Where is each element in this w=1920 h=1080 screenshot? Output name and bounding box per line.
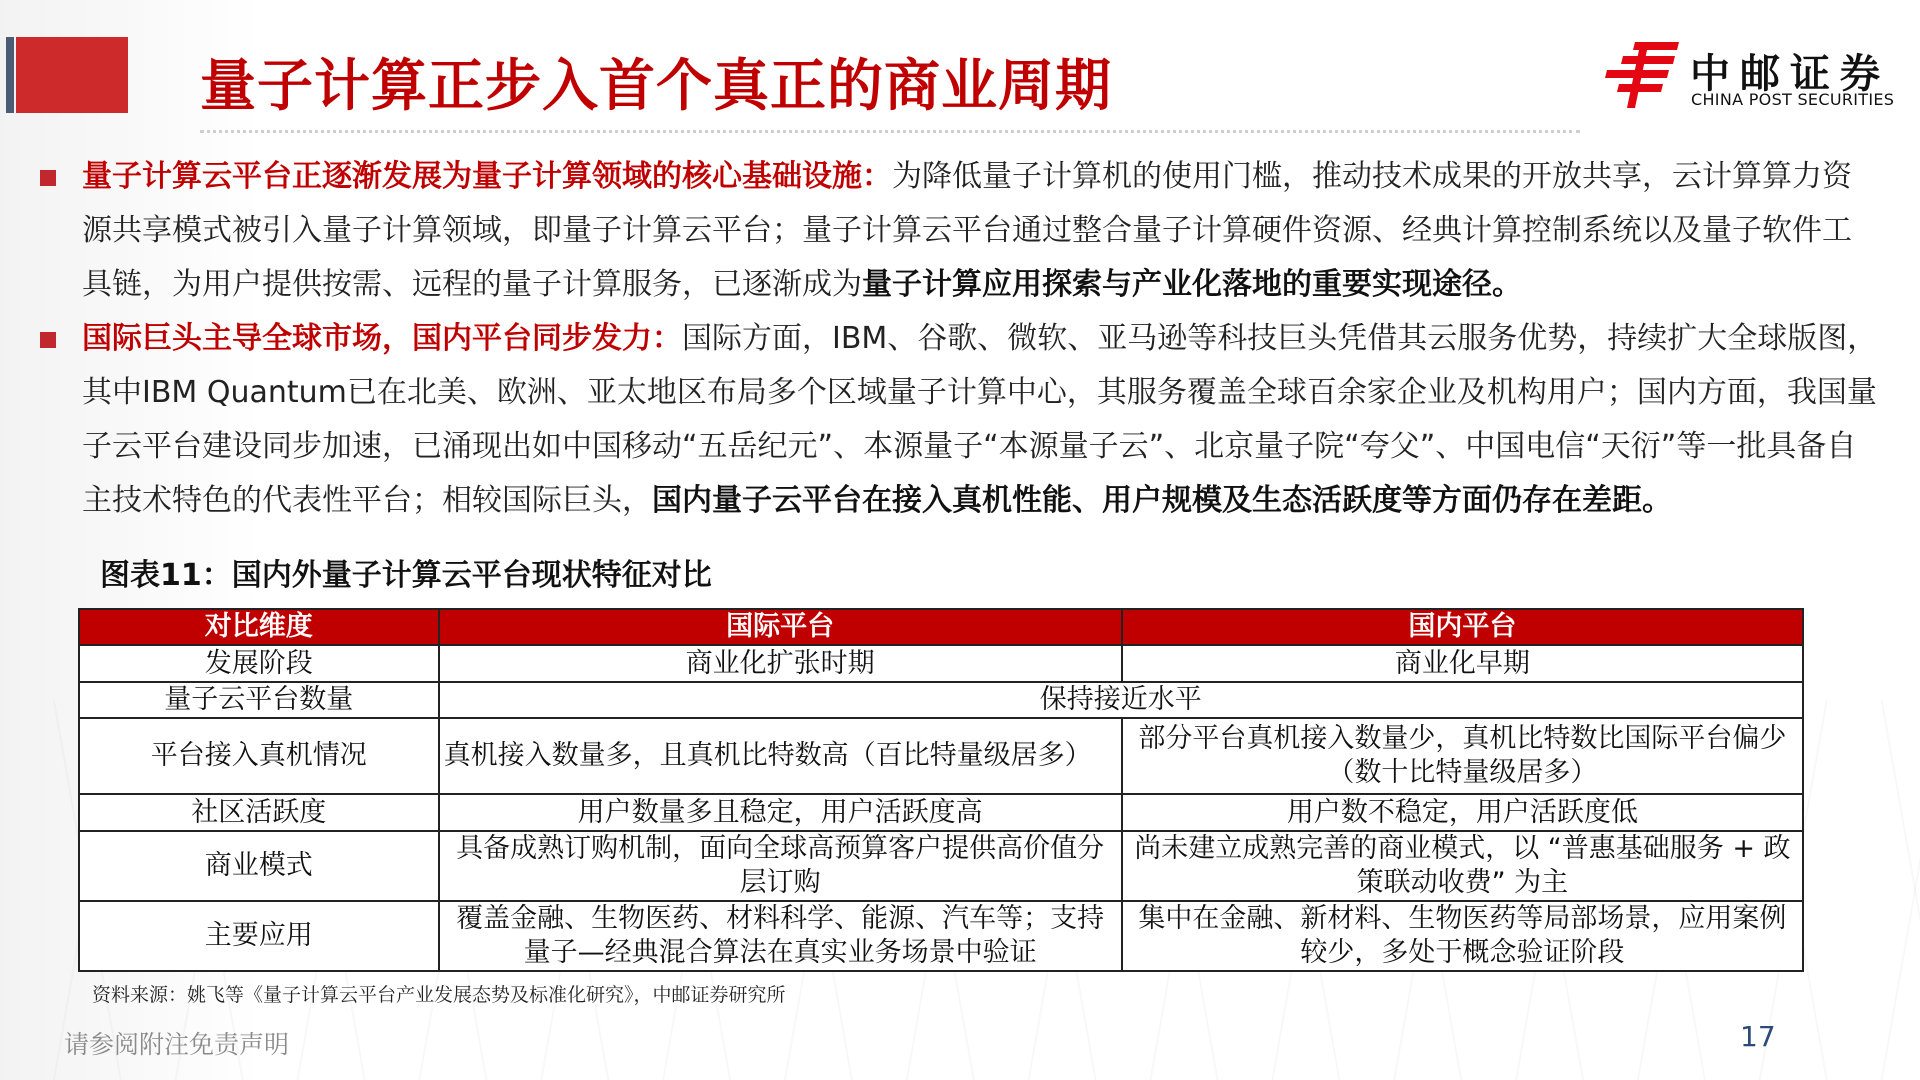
china-post-logo-icon (1605, 40, 1679, 110)
cell-domestic: 商业化早期 (1122, 645, 1803, 682)
table-row: 社区活跃度 用户数量多且稳定，用户活跃度高 用户数不稳定，用户活跃度低 (79, 794, 1803, 831)
table-row: 发展阶段 商业化扩张时期 商业化早期 (79, 645, 1803, 682)
cell-dimension: 社区活跃度 (79, 794, 439, 831)
company-logo: 中邮证券 CHINA POST SECURITIES (1605, 40, 1900, 110)
page-number: 17 (1740, 1020, 1776, 1053)
table-row: 平台接入真机情况 真机接入数量多，且真机比特数高（百比特量级居多） 部分平台真机… (79, 718, 1803, 794)
cell-dimension: 平台接入真机情况 (79, 718, 439, 794)
bullet-emphasis: 国内量子云平台在接入真机性能、用户规模及生态活跃度等方面仍存在差距。 (652, 483, 1672, 518)
cell-domestic: 集中在金融、新材料、生物医药等局部场景，应用案例较少，多处于概念验证阶段 (1122, 901, 1803, 971)
table-row: 主要应用 覆盖金融、生物医药、材料科学、能源、汽车等；支持量子—经典混合算法在真… (79, 901, 1803, 971)
bullet-emphasis: 量子计算应用探索与产业化落地的重要实现途径。 (862, 267, 1522, 302)
cell-international: 覆盖金融、生物医药、材料科学、能源、汽车等；支持量子—经典混合算法在真实业务场景… (439, 901, 1122, 971)
bullet-list: 量子计算云平台正逐渐发展为量子计算领域的核心基础设施：为降低量子计算机的使用门槛… (40, 150, 1880, 528)
table-row: 商业模式 具备成熟订购机制，面向全球高预算客户提供高价值分层订购 尚未建立成熟完… (79, 831, 1803, 901)
disclaimer-text: 请参阅附注免责声明 (64, 1025, 289, 1061)
column-header-international: 国际平台 (439, 609, 1122, 645)
table-row: 量子云平台数量 保持接近水平 (79, 682, 1803, 718)
cell-domestic: 用户数不稳定，用户活跃度低 (1122, 794, 1803, 831)
title-divider (200, 130, 1580, 133)
square-bullet-icon (40, 170, 56, 186)
source-note: 资料来源：姚飞等《量子计算云平台产业发展态势及标准化研究》，中邮证券研究所 (92, 980, 786, 1007)
cell-dimension: 商业模式 (79, 831, 439, 901)
comparison-table: 对比维度 国际平台 国内平台 发展阶段 商业化扩张时期 商业化早期 量子云平台数… (78, 608, 1804, 972)
bullet-item: 国际巨头主导全球市场，国内平台同步发力：国际方面，IBM、谷歌、微软、亚马逊等科… (40, 312, 1880, 528)
bullet-item: 量子计算云平台正逐渐发展为量子计算领域的核心基础设施：为降低量子计算机的使用门槛… (40, 150, 1880, 312)
title-decoration-blue-bar (6, 37, 14, 113)
table-header-row: 对比维度 国际平台 国内平台 (79, 609, 1803, 645)
title-decoration-red-block (16, 37, 128, 113)
cell-domestic: 部分平台真机接入数量少，真机比特数比国际平台偏少（数十比特量级居多） (1122, 718, 1803, 794)
cell-dimension: 量子云平台数量 (79, 682, 439, 718)
cell-domestic: 尚未建立成熟完善的商业模式，以 “普惠基础服务 + 政策联动收费” 为主 (1122, 831, 1803, 901)
page-title: 量子计算正步入首个真正的商业周期 (200, 52, 1112, 122)
cell-dimension: 主要应用 (79, 901, 439, 971)
cell-merged: 保持接近水平 (439, 682, 1803, 718)
cell-international: 商业化扩张时期 (439, 645, 1122, 682)
logo-english-name: CHINA POST SECURITIES (1691, 90, 1894, 109)
square-bullet-icon (40, 332, 56, 348)
cell-dimension: 发展阶段 (79, 645, 439, 682)
figure-title: 图表11：国内外量子计算云平台现状特征对比 (100, 550, 712, 594)
cell-international: 用户数量多且稳定，用户活跃度高 (439, 794, 1122, 831)
column-header-domestic: 国内平台 (1122, 609, 1803, 645)
column-header-dimension: 对比维度 (79, 609, 439, 645)
cell-international: 真机接入数量多，且真机比特数高（百比特量级居多） (439, 718, 1122, 794)
bullet-heading: 量子计算云平台正逐渐发展为量子计算领域的核心基础设施： (82, 159, 892, 194)
bullet-heading: 国际巨头主导全球市场，国内平台同步发力： (82, 321, 682, 356)
cell-international: 具备成熟订购机制，面向全球高预算客户提供高价值分层订购 (439, 831, 1122, 901)
